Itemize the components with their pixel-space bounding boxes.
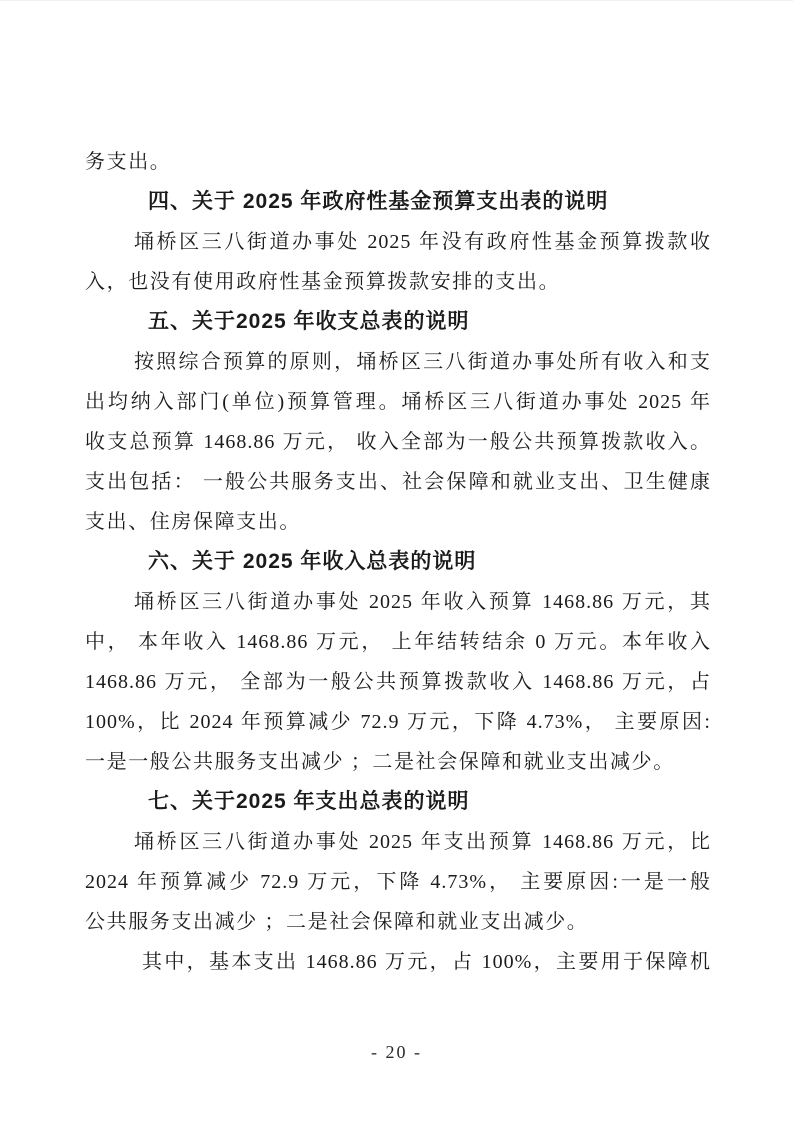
section-7: 七、关于2025 年支出总表的说明 埇桥区三八街道办事处 2025 年支出预算 …: [85, 782, 711, 982]
section-5: 五、关于2025 年收支总表的说明 按照综合预算的原则，埇桥区三八街道办事处所有…: [85, 302, 711, 542]
text-line: 埇桥区三八街道办事处 2025 年支出预算 1468.86 万元，比: [85, 822, 711, 862]
page-number: - 20 -: [0, 1041, 793, 1063]
text-line: 一是一般公共服务支出减少 ；二是社会保障和就业支出减少。: [85, 742, 711, 782]
section-4: 四、关于 2025 年政府性基金预算支出表的说明 埇桥区三八街道办事处 2025…: [85, 182, 711, 302]
text-line: 收支总预算 1468.86 万元， 收入全部为一般公共预算拨款收入。: [85, 422, 711, 462]
text-line: 支出、住房保障支出。: [85, 502, 711, 542]
text-line: 公共服务支出减少 ；二是社会保障和就业支出减少。: [85, 902, 711, 942]
text-line: 埇桥区三八街道办事处 2025 年没有政府性基金预算拨款收: [85, 222, 711, 262]
text-line: 100%，比 2024 年预算减少 72.9 万元，下降 4.73%， 主要原因…: [85, 702, 711, 742]
document-page: 务支出。 四、关于 2025 年政府性基金预算支出表的说明 埇桥区三八街道办事处…: [0, 0, 793, 1123]
text-line: 埇桥区三八街道办事处 2025 年收入预算 1468.86 万元，其: [85, 582, 711, 622]
text-line: 出均纳入部门(单位)预算管理。埇桥区三八街道办事处 2025 年: [85, 382, 711, 422]
text-line: 支出包括： 一般公共服务支出、社会保障和就业支出、卫生健康: [85, 462, 711, 502]
text-line: 其中，基本支出 1468.86 万元，占 100%，主要用于保障机: [85, 942, 711, 982]
document-body: 务支出。 四、关于 2025 年政府性基金预算支出表的说明 埇桥区三八街道办事处…: [85, 142, 711, 982]
section-heading: 七、关于2025 年支出总表的说明: [85, 782, 711, 822]
text-line: 务支出。: [85, 142, 711, 182]
text-line: 入，也没有使用政府性基金预算拨款安排的支出。: [85, 262, 711, 302]
section-heading: 五、关于2025 年收支总表的说明: [85, 302, 711, 342]
text-line: 按照综合预算的原则，埇桥区三八街道办事处所有收入和支: [85, 342, 711, 382]
text-line: 中， 本年收入 1468.86 万元， 上年结转结余 0 万元。本年收入: [85, 622, 711, 662]
section-6: 六、关于 2025 年收入总表的说明 埇桥区三八街道办事处 2025 年收入预算…: [85, 542, 711, 782]
section-heading: 六、关于 2025 年收入总表的说明: [85, 542, 711, 582]
text-line: 2024 年预算减少 72.9 万元，下降 4.73%， 主要原因:一是一般: [85, 862, 711, 902]
text-line: 1468.86 万元， 全部为一般公共预算拨款收入 1468.86 万元，占: [85, 662, 711, 702]
section-heading: 四、关于 2025 年政府性基金预算支出表的说明: [85, 182, 711, 222]
